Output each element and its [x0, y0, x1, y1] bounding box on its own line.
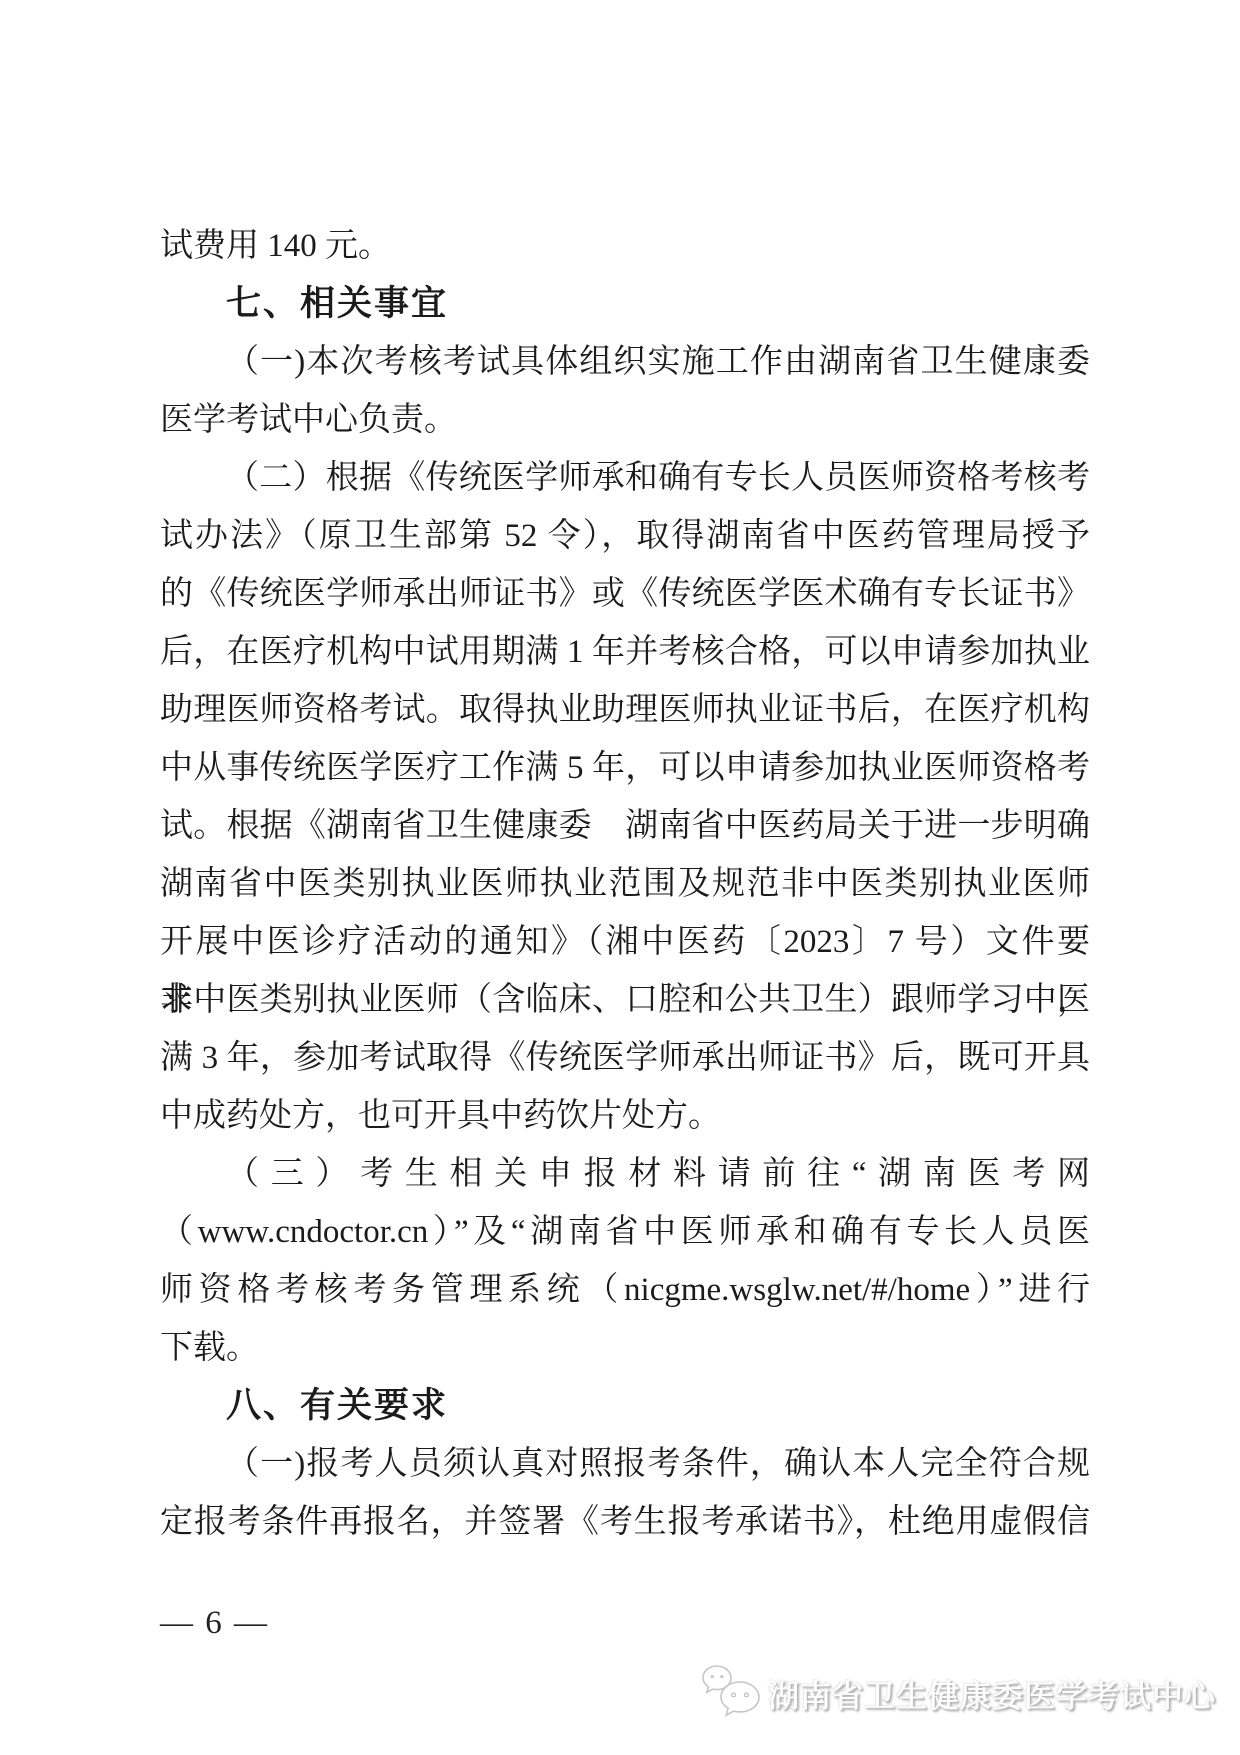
page-number: — 6 — — [160, 1598, 269, 1648]
text-line: 的《传统医学师承出师证书》或《传统医学医术确有专长证书》 — [160, 565, 1090, 623]
text-line: （二）根据《传统医学师承和确有专长人员医师资格考核考 — [160, 449, 1090, 507]
text-line: 定报考条件再报名，并签署《考生报考承诺书》，杜绝用虚假信 — [160, 1493, 1090, 1551]
document-body: 试费用 140 元。 七、相关事宜 （一)本次考核考试具体组织实施工作由湖南省卫… — [160, 217, 1090, 1551]
text-line: 中成药处方，也可开具中药饮片处方。 — [160, 1087, 1090, 1145]
text-line: 后，在医疗机构中试用期满 1 年并考核合格，可以申请参加执业 — [160, 623, 1090, 681]
wechat-icon — [700, 1662, 762, 1724]
text-line: 非中医类别执业医师（含临床、口腔和公共卫生）跟师学习中医 — [160, 971, 1090, 1029]
text-line: 满 3 年，参加考试取得《传统医学师承出师证书》后，既可开具 — [160, 1029, 1090, 1087]
text-line: 中从事传统医学医疗工作满 5 年，可以申请参加执业医师资格考 — [160, 739, 1090, 797]
section-heading-7: 七、相关事宜 — [160, 275, 1090, 333]
text-line: 试办法》（原卫生部第 52 令），取得湖南省中医药管理局授予 — [160, 507, 1090, 565]
text-line: 医学考试中心负责。 — [160, 391, 1090, 449]
text-line: 试费用 140 元。 — [160, 217, 1090, 275]
text-line: 助理医师资格考试。取得执业助理医师执业证书后，在医疗机构 — [160, 681, 1090, 739]
text-line: （三）考生相关申报材料请前往“湖南医考网 — [160, 1145, 1090, 1203]
text-line: （一)报考人员须认真对照报考条件，确认本人完全符合规 — [160, 1435, 1090, 1493]
text-line: 师资格考核考务管理系统（nicgme.wsglw.net/#/home）”进行 — [160, 1261, 1090, 1319]
text-line: 下载。 — [160, 1319, 1090, 1377]
text-line: 湖南省中医类别执业医师执业范围及规范非中医类别执业医师 — [160, 855, 1090, 913]
section-heading-8: 八、有关要求 — [160, 1377, 1090, 1435]
text-line: 试。根据《湖南省卫生健康委 湖南省中医药局关于进一步明确 — [160, 797, 1090, 855]
document-page: 试费用 140 元。 七、相关事宜 （一)本次考核考试具体组织实施工作由湖南省卫… — [0, 0, 1240, 1755]
text-line: （www.cndoctor.cn）”及“湖南省中医师承和确有专长人员医 — [160, 1203, 1090, 1261]
footer-watermark: 湖南省卫生健康委医学考试中心 — [700, 1658, 1216, 1728]
text-line: （一)本次考核考试具体组织实施工作由湖南省卫生健康委 — [160, 333, 1090, 391]
text-line: 开展中医诊疗活动的通知》（湘中医药〔2023〕7 号）文件要求， — [160, 913, 1090, 971]
watermark-text: 湖南省卫生健康委医学考试中心 — [768, 1671, 1216, 1716]
